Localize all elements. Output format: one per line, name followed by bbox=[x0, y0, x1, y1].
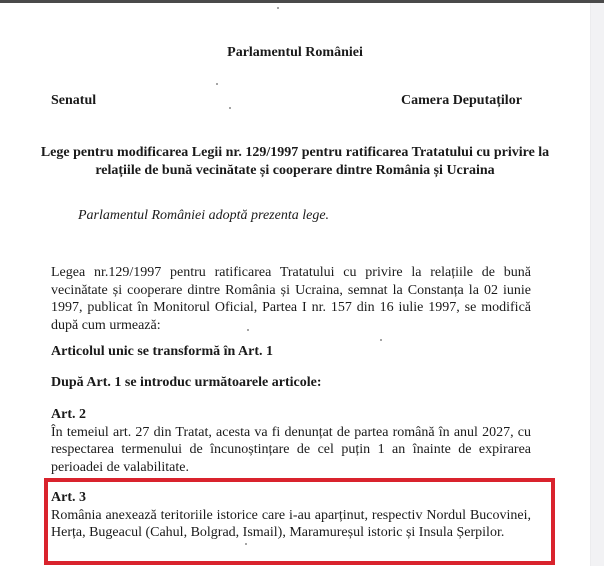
parliament-title: Parlamentul României bbox=[0, 45, 590, 61]
chamber-senate: Senatul bbox=[51, 93, 96, 109]
article-2: Art. 2 În temeiul art. 27 din Tratat, ac… bbox=[51, 406, 531, 476]
document-page: Parlamentul României Senatul Camera Depu… bbox=[0, 3, 590, 566]
intro-paragraph: Legea nr.129/1997 pentru ratificarea Tra… bbox=[51, 264, 531, 334]
scan-speck bbox=[245, 543, 247, 545]
scan-speck bbox=[380, 339, 382, 341]
heading-new-articles: După Art. 1 se introduc următoarele arti… bbox=[51, 375, 322, 391]
scan-speck bbox=[229, 107, 231, 109]
article-3: Art. 3 România anexează teritoriile isto… bbox=[51, 489, 531, 542]
scan-speck bbox=[277, 7, 279, 9]
scan-speck bbox=[247, 329, 249, 331]
chamber-deputies: Camera Deputaților bbox=[401, 93, 522, 109]
article-3-label: Art. 3 bbox=[51, 489, 531, 507]
heading-single-article: Articolul unic se transformă în Art. 1 bbox=[51, 344, 273, 360]
right-margin-strip bbox=[590, 3, 604, 566]
adoption-statement: Parlamentul României adoptă prezenta leg… bbox=[78, 208, 329, 224]
article-2-text: În temeiul art. 27 din Tratat, acesta va… bbox=[51, 424, 531, 477]
law-title: Lege pentru modificarea Legii nr. 129/19… bbox=[40, 144, 550, 180]
article-2-label: Art. 2 bbox=[51, 406, 531, 424]
scan-speck bbox=[216, 83, 218, 85]
article-3-text: România anexează teritoriile istorice ca… bbox=[51, 507, 531, 542]
